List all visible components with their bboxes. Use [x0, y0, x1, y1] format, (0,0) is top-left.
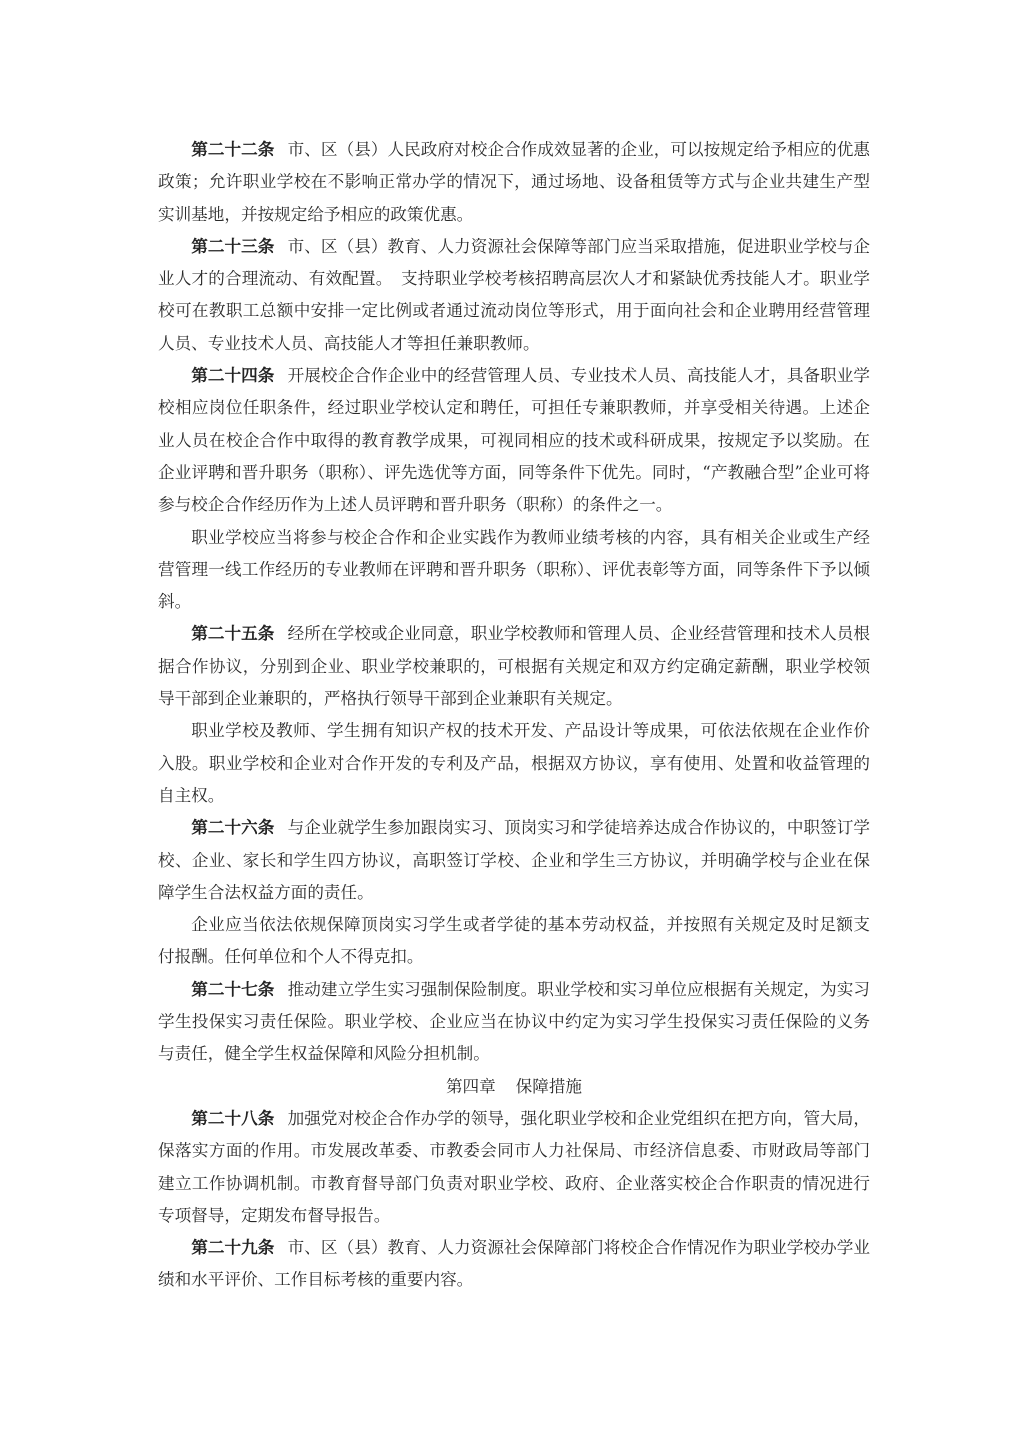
article-label: 第二十七条	[191, 980, 274, 999]
paragraph: 企业应当依法依规保障顶岗实习学生或者学徒的基本劳动权益，并按照有关规定及时足额支…	[158, 909, 870, 974]
article-label: 第二十三条	[191, 237, 274, 256]
document-page: 第二十二条市、区（县）人民政府对校企合作成效显著的企业，可以按规定给予相应的优惠…	[158, 134, 870, 1297]
article-29: 第二十九条市、区（县）教育、人力资源社会保障部门将校企合作情况作为职业学校办学业…	[158, 1232, 870, 1297]
article-label: 第二十五条	[191, 624, 274, 643]
article-24: 第二十四条开展校企合作企业中的经营管理人员、专业技术人员、高技能人才，具备职业学…	[158, 360, 870, 521]
article-label: 第二十八条	[191, 1109, 274, 1128]
article-23: 第二十三条市、区（县）教育、人力资源社会保障等部门应当采取措施，促进职业学校与企…	[158, 231, 870, 360]
chapter-heading: 第四章保障措施	[158, 1071, 870, 1103]
article-26: 第二十六条与企业就学生参加跟岗实习、顶岗实习和学徒培养达成合作协议的，中职签订学…	[158, 812, 870, 909]
article-label: 第二十六条	[191, 818, 274, 837]
article-22: 第二十二条市、区（县）人民政府对校企合作成效显著的企业，可以按规定给予相应的优惠…	[158, 134, 870, 231]
article-25: 第二十五条经所在学校或企业同意，职业学校教师和管理人员、企业经营管理和技术人员根…	[158, 618, 870, 715]
chapter-title: 保障措施	[516, 1077, 582, 1096]
article-27: 第二十七条推动建立学生实习强制保险制度。职业学校和实习单位应根据有关规定，为实习…	[158, 974, 870, 1071]
article-label: 第二十二条	[191, 140, 274, 159]
paragraph: 职业学校及教师、学生拥有知识产权的技术开发、产品设计等成果，可依法依规在企业作价…	[158, 715, 870, 812]
article-label: 第二十九条	[191, 1238, 274, 1257]
article-text: 开展校企合作企业中的经营管理人员、专业技术人员、高技能人才，具备职业学校相应岗位…	[158, 366, 870, 514]
article-label: 第二十四条	[191, 366, 274, 385]
paragraph: 职业学校应当将参与校企合作和企业实践作为教师业绩考核的内容，具有相关企业或生产经…	[158, 522, 870, 619]
chapter-number: 第四章	[446, 1077, 496, 1096]
article-28: 第二十八条加强党对校企合作办学的领导，强化职业学校和企业党组织在把方向，管大局，…	[158, 1103, 870, 1232]
